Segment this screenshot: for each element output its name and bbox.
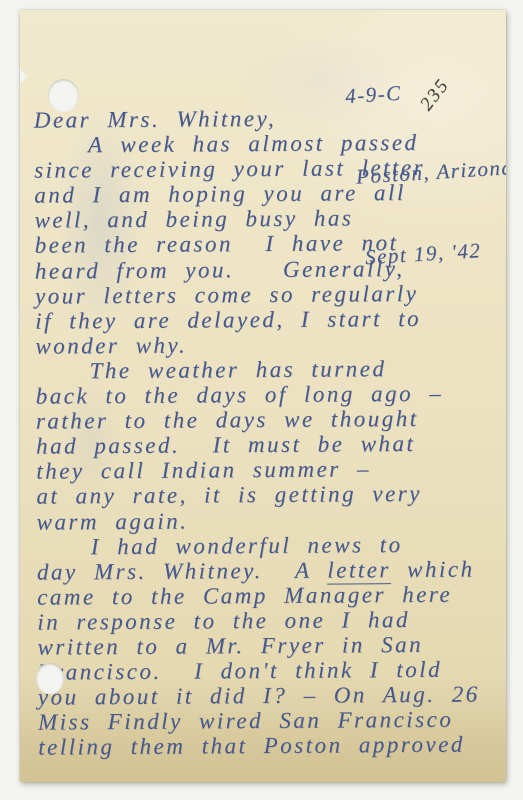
letter-body: Dear Mrs. Whitney,A week has almost pass… — [34, 104, 506, 760]
letter-line: back to the days of long ago – — [36, 380, 506, 408]
line-segment: Francisco. I don't think I told — [38, 657, 443, 685]
underlined-word: letter — [327, 557, 391, 584]
punch-hole-bottom — [36, 663, 64, 694]
letter-line: day Mrs. Whitney. A letter which — [37, 556, 506, 584]
letter-line: your letters come so regularly — [35, 280, 505, 308]
line-segment: I had wonderful news to — [91, 532, 403, 559]
line-segment: A week has almost passed — [88, 130, 419, 157]
letter-line: A week has almost passed — [34, 129, 504, 157]
letter-line: heard from you. Generally, — [35, 255, 505, 283]
letter-line: Francisco. I don't think I told — [38, 656, 506, 684]
letter-line: rather to the days we thought — [36, 405, 506, 433]
line-segment: warm again. — [37, 508, 189, 534]
letter-line: they call Indian summer – — [36, 456, 506, 484]
paper-tear-nick — [20, 68, 28, 84]
letter-line: been the reason I have not — [35, 230, 505, 258]
letter-line: you about it did I? – On Aug. 26 — [38, 682, 506, 710]
punch-hole-top — [48, 79, 79, 112]
line-segment: since receiving your last letter — [34, 155, 425, 183]
line-segment: Miss Findly wired San Francisco — [38, 707, 453, 735]
line-segment: in response to the one I had — [37, 607, 410, 635]
letter-line: at any rate, it is getting very — [36, 481, 506, 509]
letter-line: written to a Mr. Fryer in San — [37, 631, 506, 659]
line-segment: your letters come so regularly — [35, 281, 419, 309]
letter-line: came to the Camp Manager here — [37, 581, 506, 609]
letter-line: Miss Findly wired San Francisco — [38, 707, 506, 735]
line-segment: back to the days of long ago – — [36, 381, 444, 409]
letter-line: warm again. — [37, 506, 506, 534]
line-segment: written to a Mr. Fryer in San — [37, 632, 423, 660]
line-segment: they call Indian summer – — [36, 457, 371, 484]
line-segment: telling them that Poston approved — [38, 732, 465, 760]
line-segment: came to the Camp Manager here — [37, 582, 452, 610]
line-segment: The weather has turned — [89, 356, 386, 383]
line-segment: day Mrs. Whitney. A — [37, 557, 327, 584]
letter-line: I had wonderful news to — [37, 531, 506, 559]
line-segment: if they are delayed, I start to — [35, 306, 421, 334]
line-segment: had passed. It must be what — [36, 431, 415, 459]
letter-line: if they are delayed, I start to — [35, 305, 505, 333]
line-segment: well, and being busy has — [34, 206, 353, 233]
letter-line: since receiving your last letter — [34, 155, 504, 183]
letter-line: The weather has turned — [35, 355, 505, 383]
letter-paper: 4-9-C Poston, Arizona Sept 19, '42 235 D… — [20, 10, 506, 782]
salutation: Dear Mrs. Whitney, — [34, 104, 504, 132]
line-segment: and I am hoping you are all — [34, 180, 406, 208]
line-segment: heard from you. Generally, — [35, 256, 405, 284]
letter-line: telling them that Poston approved — [38, 732, 506, 760]
line-segment: been the reason I have not — [35, 231, 399, 259]
letter-line: had passed. It must be what — [36, 431, 506, 459]
letter-line: and I am hoping you are all — [34, 180, 504, 208]
letter-line: in response to the one I had — [37, 606, 506, 634]
line-segment: wonder why. — [35, 332, 187, 358]
letter-line: well, and being busy has — [34, 205, 504, 233]
line-segment: at any rate, it is getting very — [36, 481, 422, 509]
line-segment: which — [391, 556, 475, 582]
line-segment: you about it did I? – On Aug. 26 — [38, 682, 480, 710]
line-segment: rather to the days we thought — [36, 406, 419, 434]
letter-line: wonder why. — [35, 330, 505, 358]
